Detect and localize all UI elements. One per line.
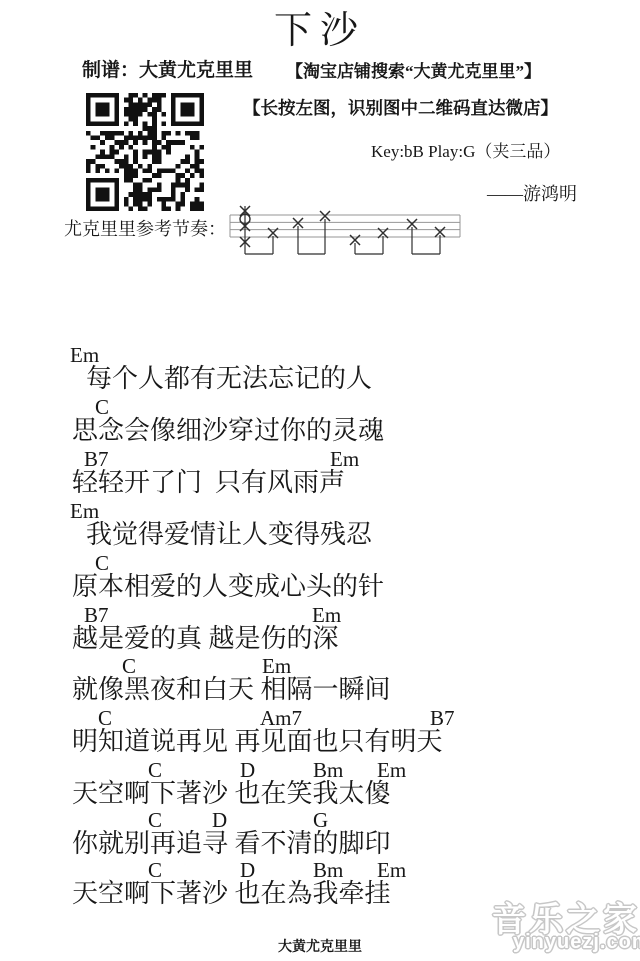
chord-label: C <box>148 810 162 831</box>
key-capo-info: Key:bB Play:G（夹三品） <box>371 142 560 162</box>
chord-label: Em <box>377 760 406 781</box>
chord-label: Em <box>330 449 359 470</box>
chord-label: Am7 <box>260 708 302 729</box>
lyric-line: 轻轻开了门 只有风雨声 <box>72 469 345 496</box>
rhythm-label: 尤克里里参考节奏： <box>64 219 226 240</box>
lyric-line: 每个人都有无法忘记的人 <box>86 365 372 392</box>
lyric-line: 原本相爱的人变成心头的针 <box>72 573 384 600</box>
chord-label: Em <box>377 860 406 881</box>
lyric-line: 思念会像细沙穿过你的灵魂 <box>72 417 384 444</box>
chord-label: Em <box>70 501 99 522</box>
song-line: CDBmEm天空啊下著沙 也在笑我太傻 <box>0 760 640 812</box>
song-line: B7Em轻轻开了门 只有风雨声 <box>0 449 640 501</box>
arranger-credit: 制谱：大黄尤克里里 <box>82 60 253 82</box>
chord-label: B7 <box>84 605 109 626</box>
chord-label: D <box>212 810 227 831</box>
lyric-line: 越是爱的真 越是伤的深 <box>72 625 339 652</box>
strum-pattern-diagram <box>228 203 468 261</box>
artist-name: ——游鸿明 <box>487 184 577 205</box>
chord-label: D <box>240 860 255 881</box>
chord-label: C <box>98 708 112 729</box>
watermark-site-url: yinyuezj.com <box>513 931 640 954</box>
lyric-line: 天空啊下著沙 也在為我牵挂 <box>72 880 391 907</box>
chord-label: C <box>95 397 109 418</box>
song-line: C原本相爱的人变成心头的针 <box>0 553 640 605</box>
song-line: C思念会像细沙穿过你的灵魂 <box>0 397 640 449</box>
qr-code <box>86 93 204 211</box>
qr-longpress-notice: 【长按左图，识别图中二维码直达微店】 <box>243 98 558 119</box>
song-line: B7Em越是爱的真 越是伤的深 <box>0 605 640 657</box>
song-line: CEm就像黑夜和白天 相隔一瞬间 <box>0 656 640 708</box>
lyric-line: 就像黑夜和白天 相隔一瞬间 <box>72 676 391 703</box>
chord-label: C <box>148 860 162 881</box>
shop-search-notice: 【淘宝店铺搜索“大黄尤克里里”】 <box>286 61 541 82</box>
chord-label: Bm <box>313 860 343 881</box>
chord-label: Em <box>262 656 291 677</box>
chord-label: C <box>95 553 109 574</box>
song-line: CAm7B7明知道说再见 再见面也只有明天 <box>0 708 640 760</box>
lyric-line: 明知道说再见 再见面也只有明天 <box>72 728 443 755</box>
chord-sheet-page: 下沙 制谱：大黄尤克里里 【淘宝店铺搜索“大黄尤克里里”】 【长按左图，识别图中… <box>0 0 640 961</box>
chord-label: G <box>313 810 328 831</box>
lyric-line: 我觉得爱情让人变得残忍 <box>86 521 372 548</box>
chord-label: Em <box>312 605 341 626</box>
chord-label: C <box>122 656 136 677</box>
song-line: Em每个人都有无法忘记的人 <box>0 345 640 397</box>
qr-code-image <box>86 93 204 211</box>
lyric-line: 天空啊下著沙 也在笑我太傻 <box>72 780 391 807</box>
lyric-line: 你就别再追寻 看不清的脚印 <box>72 830 391 857</box>
chord-label: B7 <box>430 708 455 729</box>
song-line: CDG你就别再追寻 看不清的脚印 <box>0 810 640 862</box>
chord-label: C <box>148 760 162 781</box>
chord-label: Bm <box>313 760 343 781</box>
chord-label: B7 <box>84 449 109 470</box>
strum-pattern-staff <box>228 203 468 261</box>
chord-label: D <box>240 760 255 781</box>
song-line: Em我觉得爱情让人变得残忍 <box>0 501 640 553</box>
chord-label: Em <box>70 345 99 366</box>
song-title: 下沙 <box>0 12 640 52</box>
